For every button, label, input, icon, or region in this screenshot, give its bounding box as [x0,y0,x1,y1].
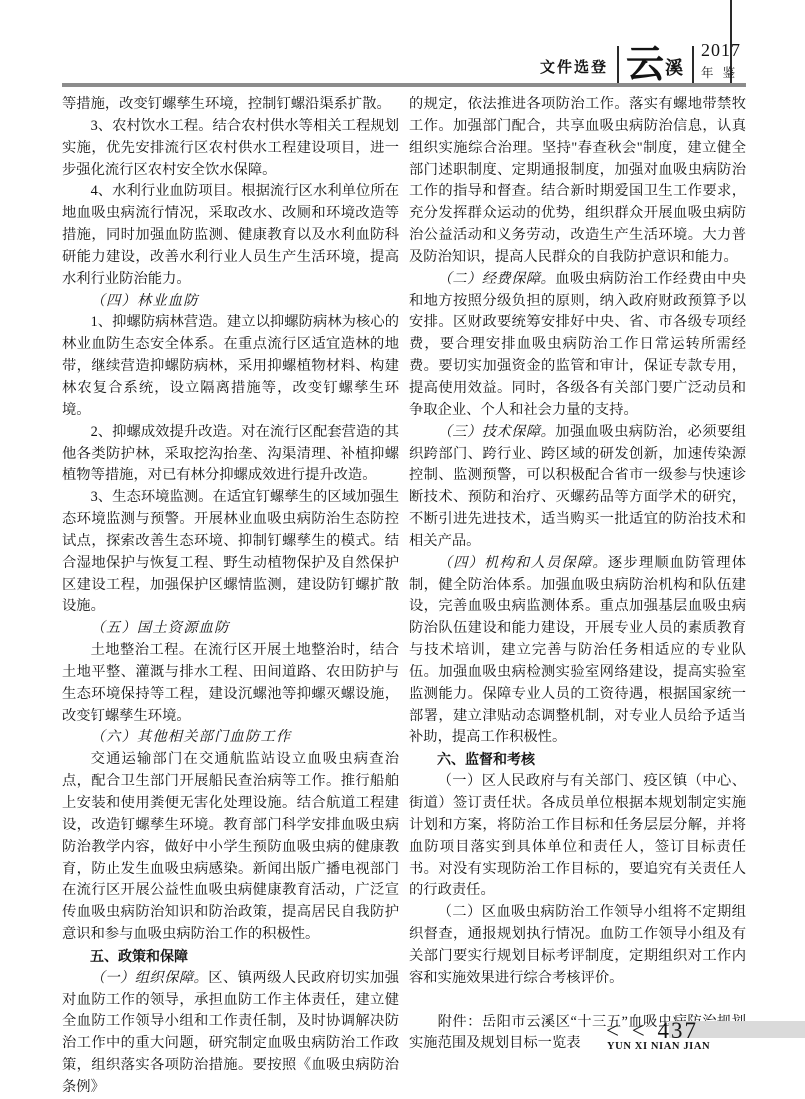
brand-logo: 云 溪 [626,48,683,83]
paragraph: 土地整治工程。在流行区开展土地整治时，结合土地平整、灌溉与排水工程、田间道路、农… [62,640,399,727]
paragraph-text: 4、水利行业血防项目。根据流行区水利单位所在地血吸虫病流行情况，采取改水、改厕和… [62,183,399,286]
paragraph-text: 的规定，依法推进各项防治工作。落实有螺地带禁牧工作。加强部门配合，共享血吸虫病防… [409,96,746,265]
header-divider [692,46,694,83]
paragraph: 3、农村饮水工程。结合农村供水等相关工程规划实施，优先安排流行区农村供水工程建设… [62,116,399,182]
year-suffix: 年 鉴 [701,63,738,81]
paragraph: 2、抑螺成效提升改造。对在流行区配套营造的其他各类防护林，采取挖沟抬垄、沟渠清理… [62,422,399,488]
document-body: 等措施，改变钉螺孳生环境，控制钉螺沿渠系扩散。 3、农村饮水工程。结合农村供水等… [62,94,746,1099]
paragraph: 3、生态环境监测。在适宜钉螺孳生的区域加强生态环境监测与预警。开展林业血吸虫病防… [62,487,399,618]
sub-heading: （五）国土资源血防 [62,618,399,640]
left-column: 等措施，改变钉螺孳生环境，控制钉螺沿渠系扩散。 3、农村饮水工程。结合农村供水等… [62,94,399,1099]
paragraph-text: （一）区人民政府与有关部门、疫区镇（中心、街道）签订责任状。各成员单位根据本规划… [409,773,746,898]
year: 2017 [701,41,741,61]
paragraph: 等措施，改变钉螺孳生环境，控制钉螺沿渠系扩散。 [62,94,399,116]
paragraph: （四）机构和人员保障。逐步理顺血防管理体制，健全防治体系。加强血吸虫病防治机构和… [409,553,746,750]
paragraph-text: 逐步理顺血防管理体制，健全防治体系。加强血吸虫病防治机构和队伍建设，完善血吸虫病… [409,555,746,746]
paragraph: （一）区人民政府与有关部门、疫区镇（中心、街道）签订责任状。各成员单位根据本规划… [409,771,746,902]
paragraph: （一）组织保障。区、镇两级人民政府切实加强对血防工作的领导，承担血防工作主体责任… [62,968,399,1099]
right-column: 的规定，依法推进各项防治工作。落实有螺地带禁牧工作。加强部门配合，共享血吸虫病防… [409,94,746,1099]
paragraph-text: 区、镇两级人民政府切实加强对血防工作的领导，承担血防工作主体责任，建立健全血防工… [62,970,399,1095]
brand-character-large: 云 [626,48,664,83]
section-heading: 五、政策和保障 [62,946,399,968]
paragraph-text: 3、生态环境监测。在适宜钉螺孳生的区域加强生态环境监测与预警。开展林业血吸虫病防… [62,489,399,614]
paragraph-text: 加强血吸虫病防治，必须要组织跨部门、跨行业、跨区域的研发创新，加速传染源控制、监… [409,424,746,549]
paragraph: （二）区血吸虫病防治工作领导小组将不定期组织督查，通报规划执行情况。血防工作领导… [409,902,746,989]
paragraph: 4、水利行业血防项目。根据流行区水利单位所在地血吸虫病流行情况，采取改水、改厕和… [62,181,399,290]
page-header: 文件选登 云 溪 2017 年 鉴 [540,0,741,83]
paragraph-text: 2、抑螺成效提升改造。对在流行区配套营造的其他各类防护林，采取挖沟抬垄、沟渠清理… [62,424,399,484]
paragraph: 的规定，依法推进各项防治工作。落实有螺地带禁牧工作。加强部门配合，共享血吸虫病防… [409,94,746,269]
paragraph: 交通运输部门在交通航监站设立血吸虫病查治点，配合卫生部门开展船民查治病等工作。推… [62,749,399,946]
yearbook-page: 文件选登 云 溪 2017 年 鉴 等措施，改变钉螺孳生环境，控制钉螺沿渠系扩散… [0,0,805,1099]
paragraph-lead: （四）机构和人员保障。 [438,555,608,571]
paragraph-text: （二）区血吸虫病防治工作领导小组将不定期组织督查，通报规划执行情况。血防工作领导… [409,904,746,986]
paragraph-lead: （二）经费保障。 [438,271,556,287]
heading-text: （五）国土资源血防 [91,620,230,636]
section-heading: 六、监督和考核 [409,749,746,771]
paragraph-text: 1、抑螺防病林营造。建立以抑螺防病林为核心的林业血防生态安全体系。在重点流行区适… [62,314,399,417]
paragraph-text: 交通运输部门在交通航监站设立血吸虫病查治点，配合卫生部门开展船民查治病等工作。推… [62,751,399,942]
paragraph-text: 等措施，改变钉螺孳生环境，控制钉螺沿渠系扩散。 [62,96,391,112]
sub-heading: （四）林业血防 [62,291,399,313]
paragraph-text: 土地整治工程。在流行区开展土地整治时，结合土地平整、灌溉与排水工程、田间道路、农… [62,642,399,724]
yearbook-romanized-title: YUN XI NIAN JIAN [607,1041,710,1052]
sub-heading: （六）其他相关部门血防工作 [62,727,399,749]
paragraph: 1、抑螺防病林营造。建立以抑螺防病林为核心的林业血防生态安全体系。在重点流行区适… [62,312,399,421]
paragraph-text: 3、农村饮水工程。结合农村供水等相关工程规划实施，优先安排流行区农村供水工程建设… [62,118,399,178]
heading-text: （四）林业血防 [91,293,199,309]
section-label: 文件选登 [540,56,608,77]
paragraph-lead: （三）技术保障。 [438,424,556,440]
paragraph: （三）技术保障。加强血吸虫病防治，必须要组织跨部门、跨行业、跨区域的研发创新，加… [409,422,746,553]
heading-text: （六）其他相关部门血防工作 [91,729,292,745]
heading-text: 六、监督和考核 [437,751,535,767]
paragraph-lead: （一）组织保障。 [91,970,209,986]
brand-character-small: 溪 [665,54,683,80]
heading-text: 五、政策和保障 [90,948,188,964]
paragraph: （二）经费保障。血吸虫病防治工作经费由中央和地方按照分级负担的原则，纳入政府财政… [409,269,746,422]
header-divider [617,46,619,83]
year-block: 2017 年 鉴 [701,41,741,81]
paragraph-text: 血吸虫病防治工作经费由中央和地方按照分级负担的原则，纳入政府财政预算予以安排。区… [409,271,746,418]
